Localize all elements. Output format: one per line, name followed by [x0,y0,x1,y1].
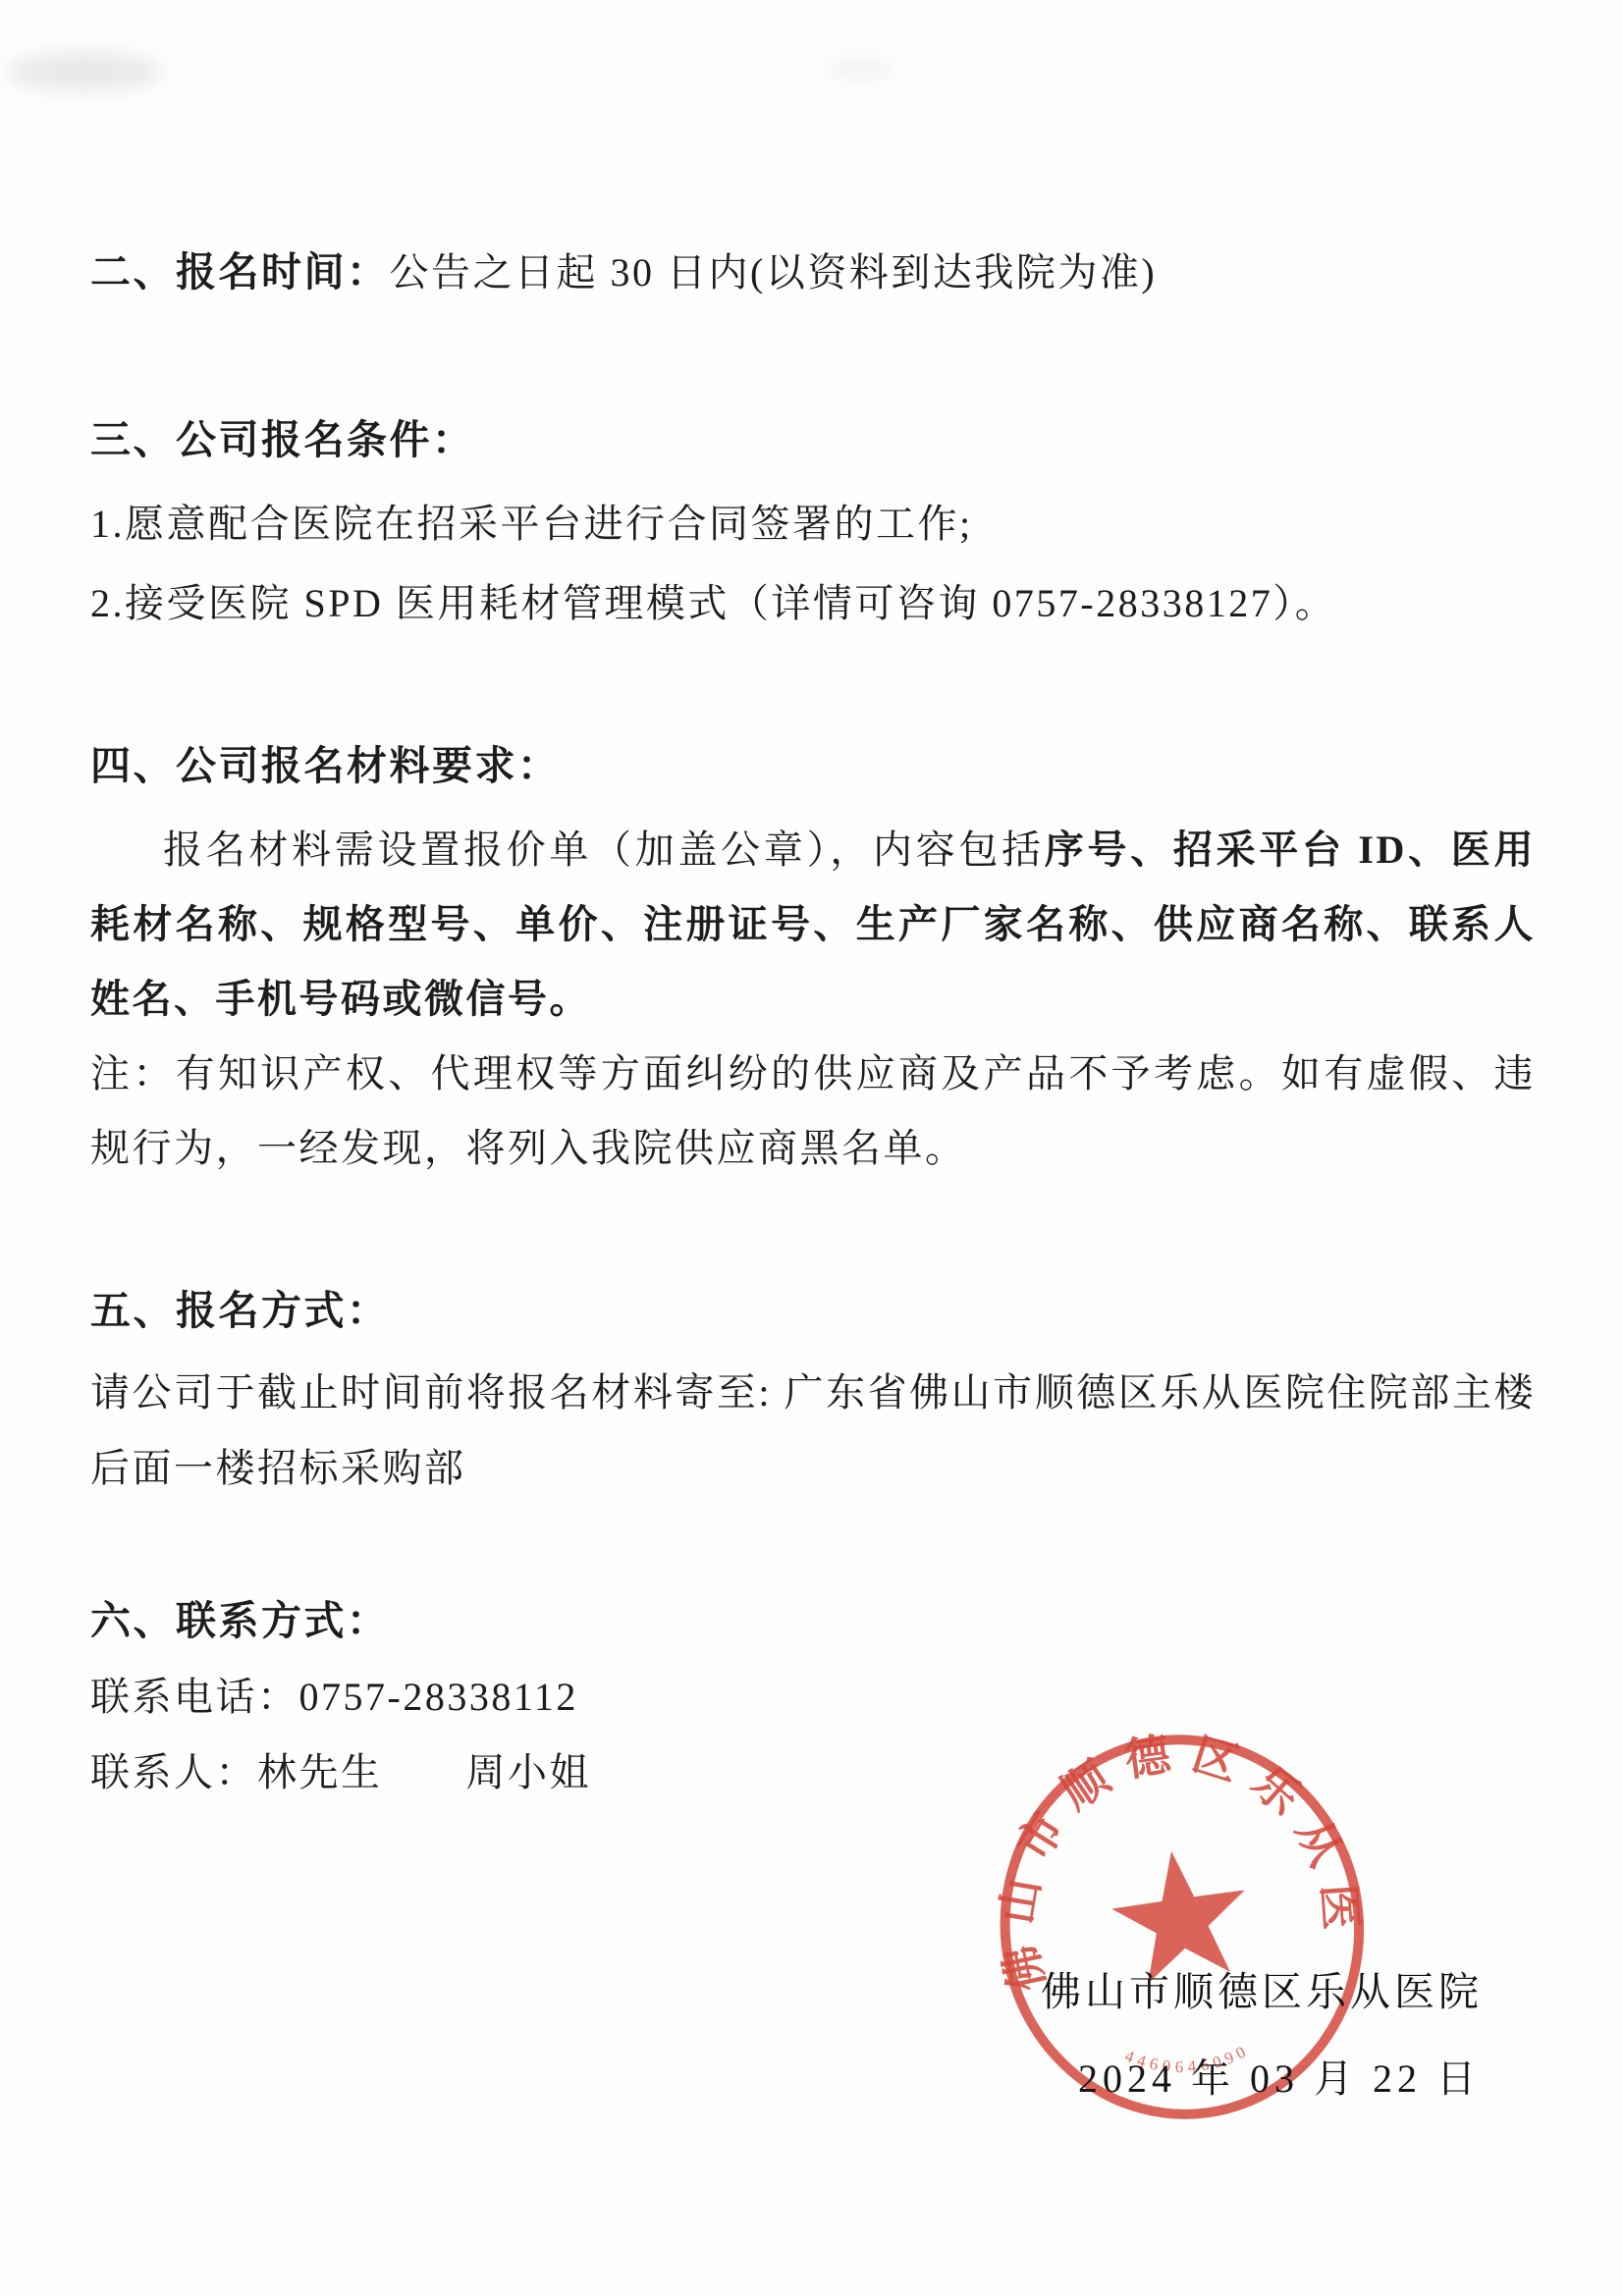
section-2-heading: 二、报名时间：公告之日起 30 日内(以资料到达我院为准) [90,241,1536,303]
section-2-text: 公告之日起 30 日内(以资料到达我院为准) [390,250,1158,294]
section-3-label: 三、公司报名条件： [90,417,475,462]
document-body: 二、报名时间：公告之日起 30 日内(以资料到达我院为准) 三、公司报名条件： … [90,241,1536,1803]
scan-artifact [825,59,893,79]
section-3-item-2: 2.接受医院 SPD 医用耗材管理模式（详情可咨询 0757-28338127）… [90,573,1536,634]
section-3-item-1: 1.愿意配合医院在招采平台进行合同签署的工作; [90,494,1536,555]
section-6-label: 六、联系方式： [90,1598,390,1643]
signature-organization: 佛山市顺德区乐从医院 [1041,1959,1483,2017]
document-page: 二、报名时间：公告之日起 30 日内(以资料到达我院为准) 三、公司报名条件： … [0,0,1623,2296]
section-4-paragraph: 报名材料需设置报价单（加盖公章），内容包括序号、招采平台 ID、医用耗材名称、规… [90,813,1536,1037]
section-4-heading: 四、公司报名材料要求： [90,735,1536,796]
section-4-label: 四、公司报名材料要求： [90,743,561,788]
section-5-label: 五、报名方式： [90,1288,390,1333]
section-2-label: 二、报名时间： [90,249,390,294]
section-4-paragraph-lead: 报名材料需设置报价单（加盖公章），内容包括 [163,828,1045,872]
section-4-note: 注：有知识产权、代理权等方面纠纷的供应商及产品不予考虑。如有虚假、违规行为，一经… [90,1037,1536,1186]
section-5-text: 请公司于截止时间前将报名材料寄至: 广东省佛山市顺德区乐从医院住院部主楼后面一楼… [90,1355,1536,1506]
section-5-heading: 五、报名方式： [90,1280,1536,1341]
scan-artifact [6,51,163,92]
section-6-heading: 六、联系方式： [90,1590,1536,1651]
signature-date: 2024 年 03 月 22 日 [1078,2048,1481,2104]
section-3-heading: 三、公司报名条件： [90,409,1536,470]
